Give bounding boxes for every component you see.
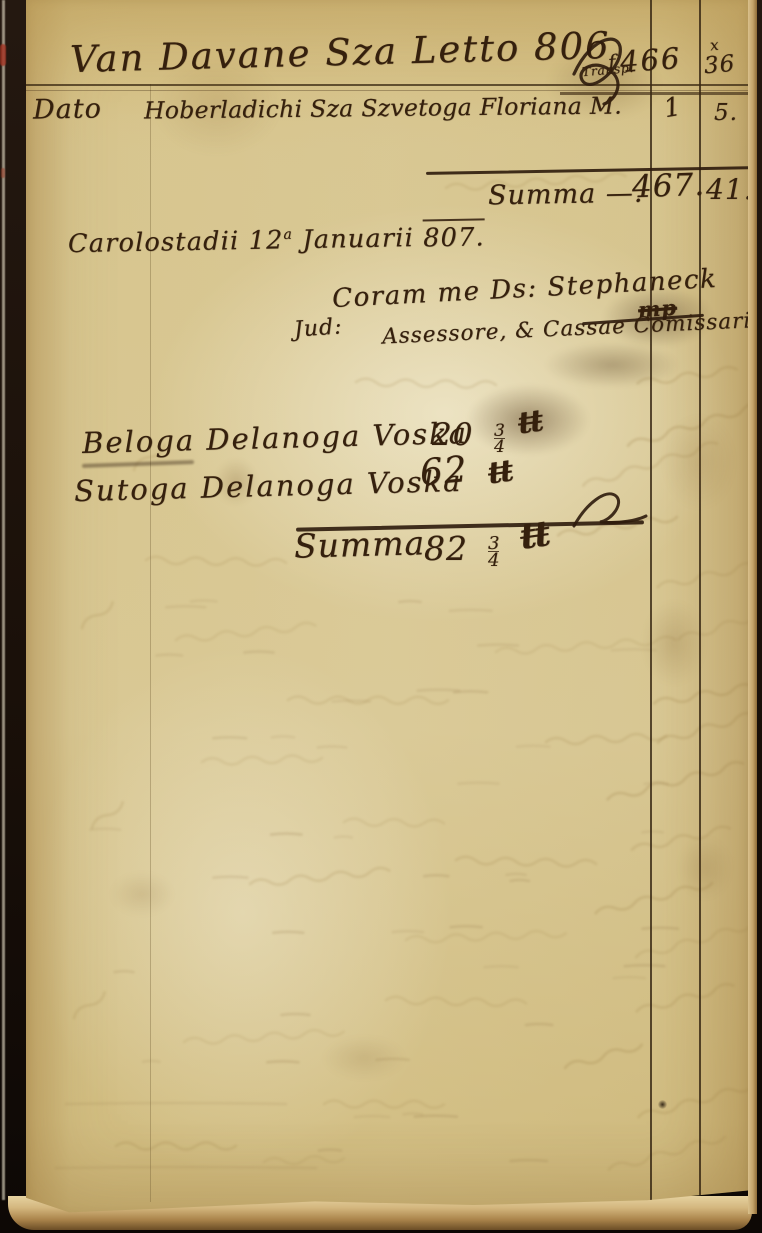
dateline-year: 807. bbox=[423, 218, 485, 253]
wax-summa-value: 82 bbox=[424, 532, 468, 565]
foxing-spot bbox=[322, 1036, 406, 1080]
entry-kreuzer-amount: 5. bbox=[714, 102, 738, 125]
wax-row-white: Beloga Delanoga Voska bbox=[82, 419, 469, 458]
wax-row-white-value: 20 bbox=[432, 420, 473, 451]
ledger-page: Van Davane Sza Letto 806 Transp. f 466 x… bbox=[26, 0, 748, 1216]
wax-row-yellow-value: 62 bbox=[419, 452, 470, 492]
attestation-title-abbrev: Jud: bbox=[293, 316, 343, 341]
dateline-ordinal: a bbox=[283, 227, 293, 243]
dateline: Carolostadii 12a Januarii 807. bbox=[68, 224, 485, 257]
pound-unit-symbol: tt bbox=[486, 456, 514, 489]
underline-flourish bbox=[82, 460, 194, 468]
foxing-spot bbox=[110, 872, 174, 916]
attestation-line2: Assessore, & Cassae Comissario. bbox=[382, 309, 762, 348]
summa-kreuzer-amount: 41. bbox=[706, 176, 754, 204]
dateline-month: Januarii bbox=[293, 223, 424, 255]
transport-kreuzer-amount: 36 bbox=[703, 53, 736, 79]
florin-currency-symbol: f bbox=[607, 52, 617, 73]
pound-unit-symbol: tt bbox=[516, 406, 544, 439]
wax-row-yellow: Sutoga Delanoga Voska bbox=[74, 467, 463, 506]
manuscript-photo: Van Davane Sza Letto 806 Transp. f 466 x… bbox=[0, 0, 762, 1233]
wax-summa-fraction: 3 4 bbox=[488, 536, 499, 569]
ink-loop-flourish bbox=[572, 486, 648, 530]
red-edge-mark bbox=[1, 168, 5, 178]
summa-label: Summa —. bbox=[488, 180, 644, 210]
binding-highlight bbox=[2, 0, 5, 1200]
page-stack-right-edge bbox=[748, 0, 757, 1214]
wax-summa-label: Summa bbox=[294, 526, 426, 562]
transport-florin-amount: 466 bbox=[619, 44, 682, 77]
ink-smudge bbox=[544, 342, 680, 388]
foxing-spot bbox=[678, 836, 732, 900]
pound-unit-symbol: tt bbox=[518, 516, 551, 555]
summa-florin-amount: 467. bbox=[631, 170, 705, 204]
wax-row-white-fraction: 3 4 bbox=[494, 424, 505, 455]
dateline-place-day: Carolostadii 12 bbox=[68, 225, 284, 259]
entry-description: Hoberladichi Sza Szvetoga Floriana M. bbox=[144, 94, 622, 123]
ink-dot bbox=[658, 1100, 667, 1109]
red-edge-mark bbox=[0, 44, 6, 66]
entry-prefix: Dato bbox=[33, 95, 102, 123]
entry-florin-amount: 1 bbox=[662, 94, 684, 123]
